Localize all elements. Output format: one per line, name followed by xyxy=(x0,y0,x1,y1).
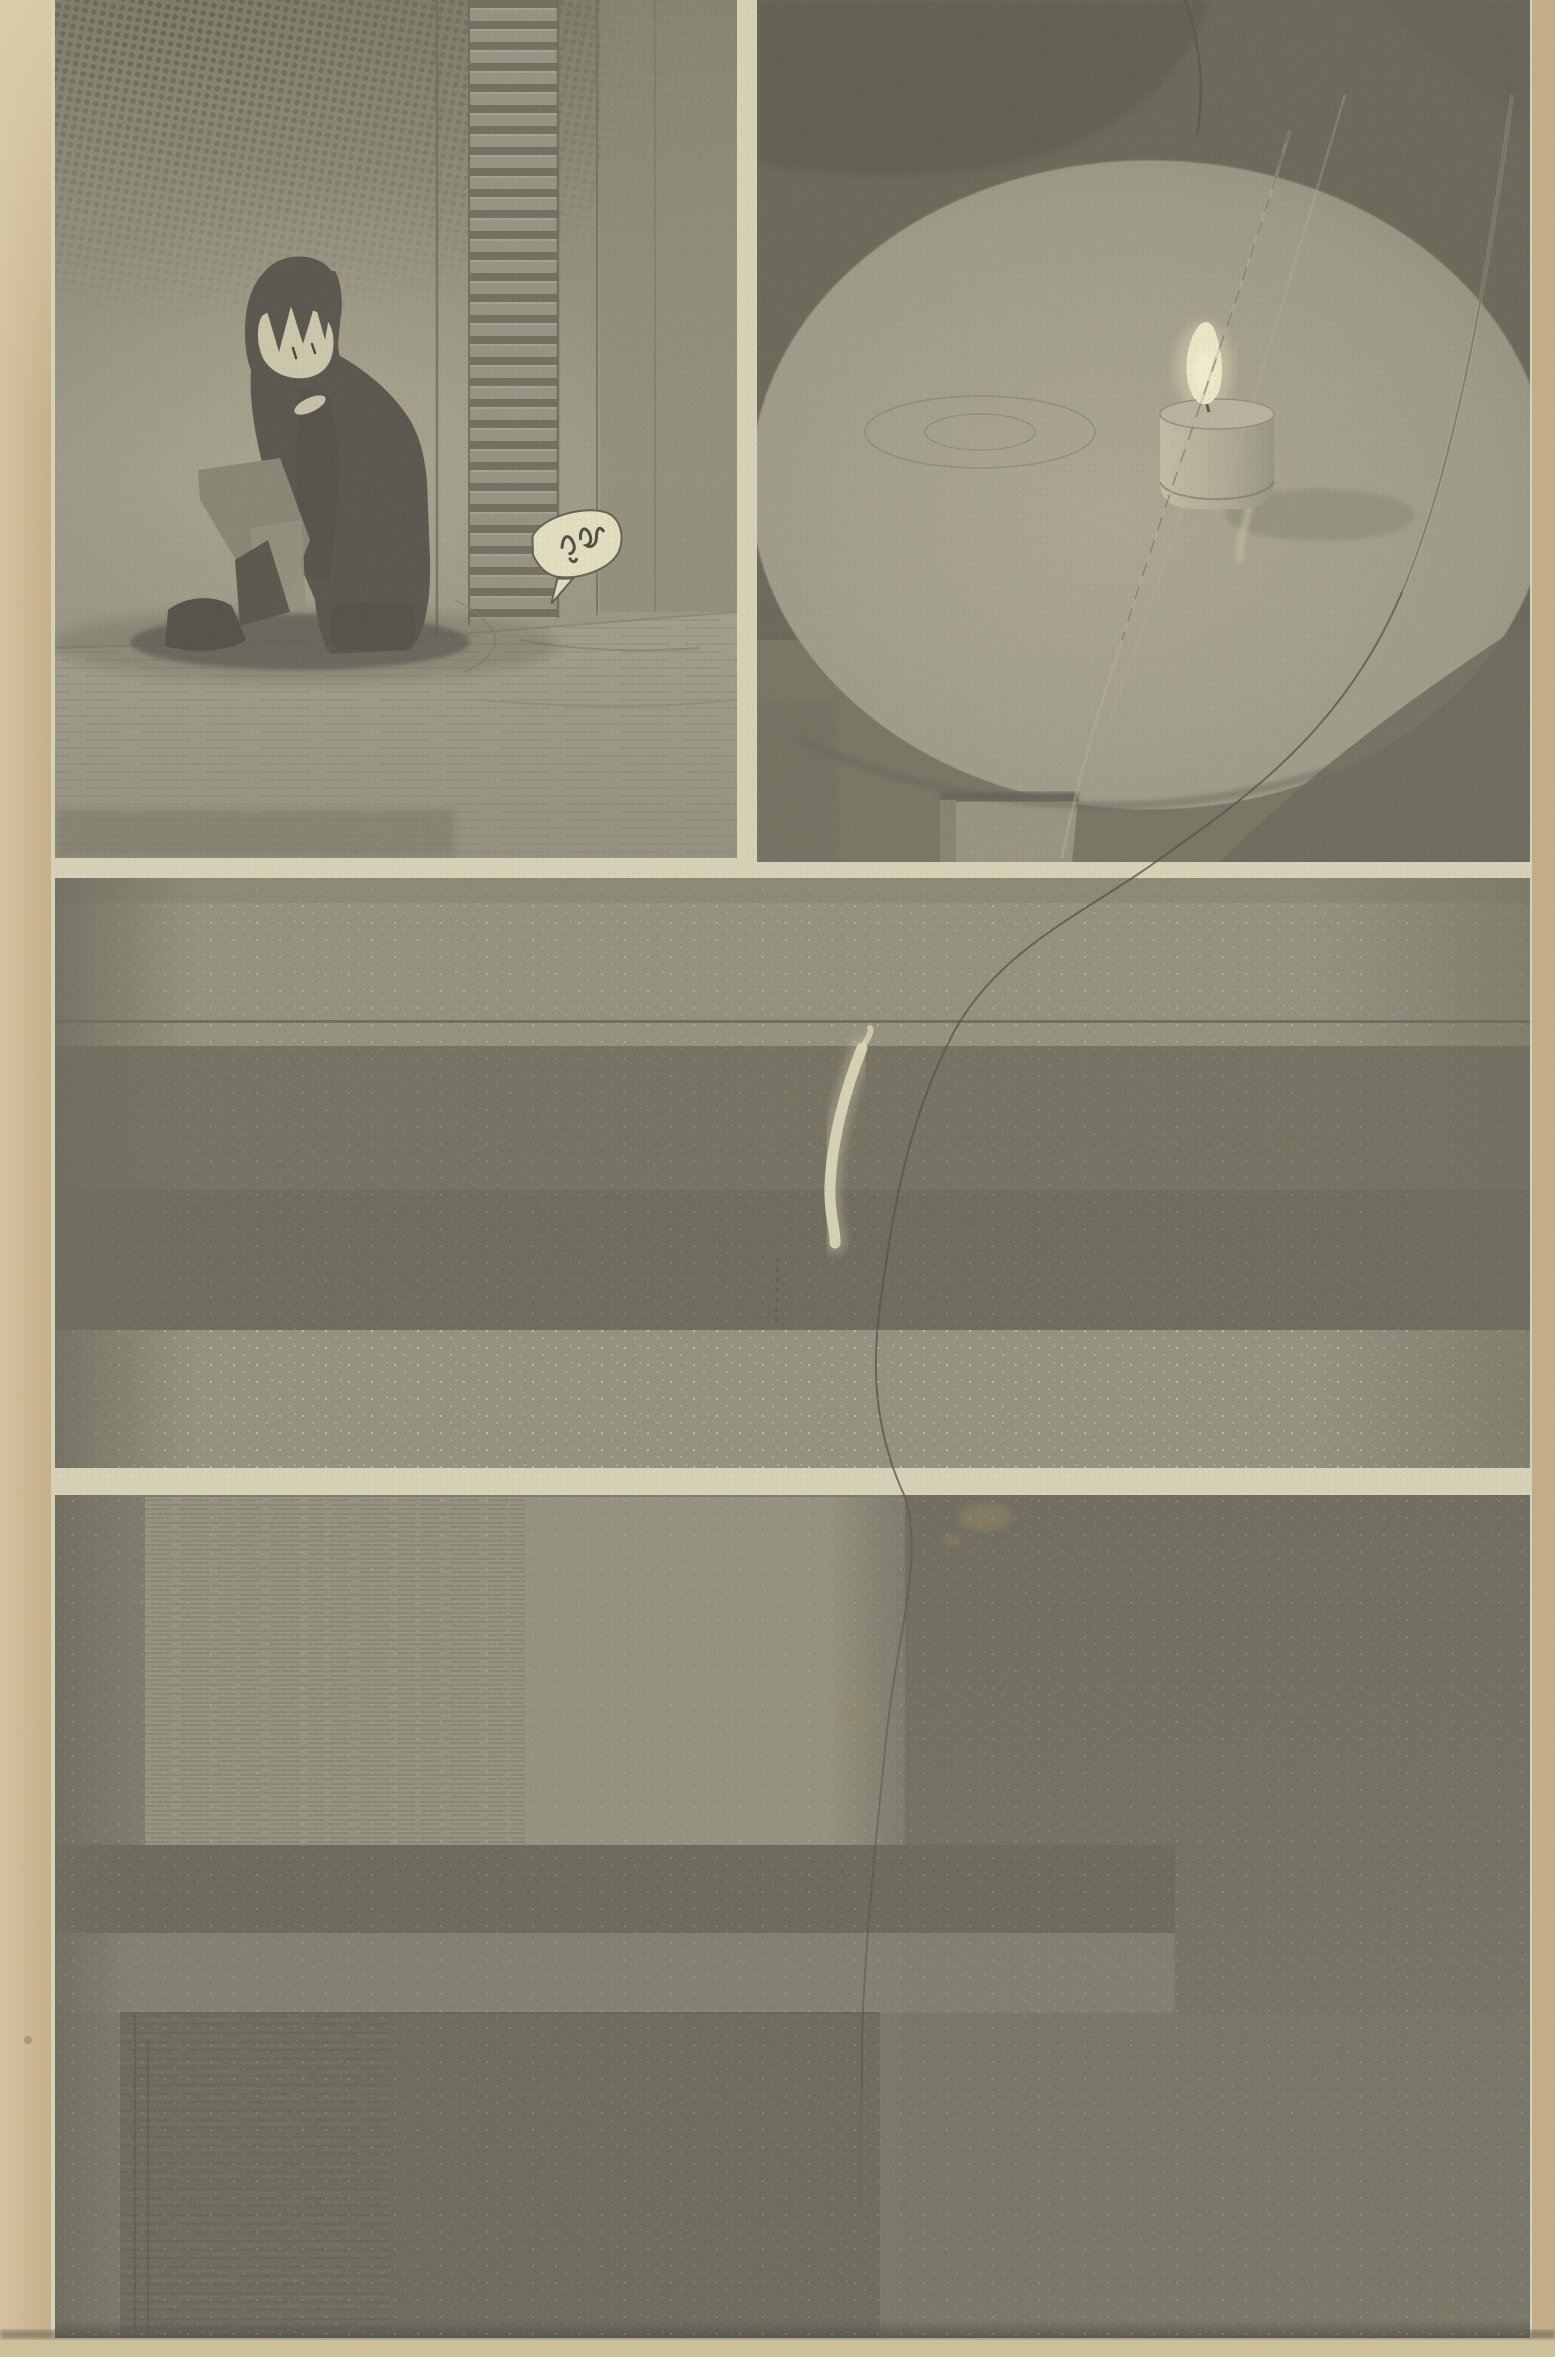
page-art xyxy=(0,0,1555,2357)
scan-grain-light xyxy=(0,0,1555,2357)
manga-page: ฮึ xyxy=(0,0,1555,2357)
